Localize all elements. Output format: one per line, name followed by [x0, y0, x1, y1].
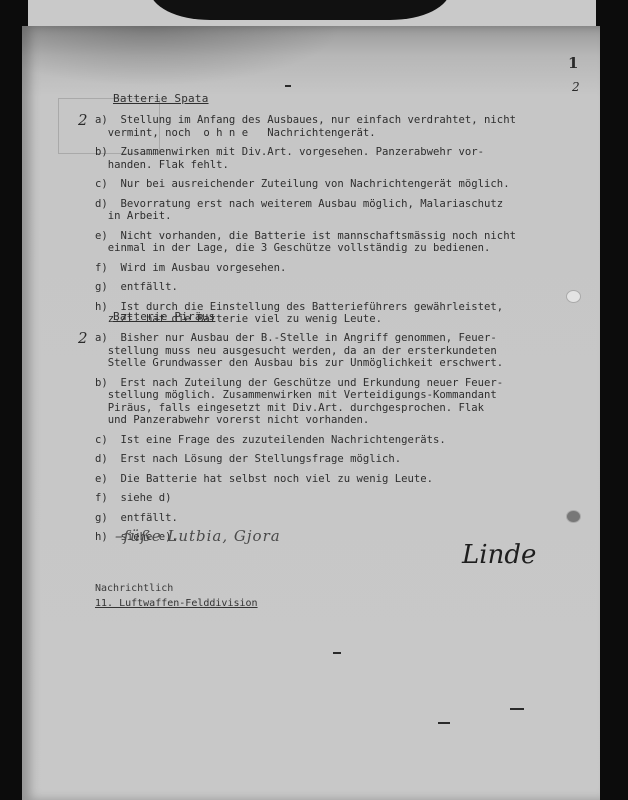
- section-title: Batterie Spata: [113, 92, 209, 105]
- signature: Linde: [462, 540, 536, 570]
- ink-speck: [333, 652, 341, 654]
- ink-speck: [438, 722, 450, 724]
- list-item: f) Wird im Ausbau vorgesehen.: [95, 262, 595, 275]
- punch-hole: [566, 290, 581, 303]
- list-item: g) entfällt.: [95, 512, 595, 525]
- margin-mark: 2: [78, 111, 88, 129]
- margin-mark: 2: [78, 329, 88, 347]
- cc-recipient: 11. Luftwaffen-Felddivision: [95, 598, 258, 609]
- list-item: a) Bisher nur Ausbau der B.-Stelle in An…: [95, 332, 595, 370]
- page-mark-2: 2: [572, 80, 580, 94]
- paperweight-shadow: [150, 0, 450, 20]
- handwritten-note: –füße Lutbia, Gjora: [115, 527, 281, 545]
- list-item: e) Nicht vorhanden, die Batterie ist man…: [95, 230, 595, 255]
- list-item: d) Erst nach Lösung der Stellungsfrage m…: [95, 453, 595, 466]
- list-item: c) Nur bei ausreichender Zuteilung von N…: [95, 178, 595, 191]
- page-mark-1: 1: [568, 54, 578, 72]
- ink-speck: [285, 85, 291, 87]
- list-item: b) Zusammenwirken mit Div.Art. vorgesehe…: [95, 146, 595, 171]
- list-item: b) Erst nach Zuteilung der Geschütze und…: [95, 377, 595, 427]
- page-shadow: [22, 26, 342, 86]
- list-item: c) Ist eine Frage des zuzuteilenden Nach…: [95, 434, 595, 447]
- list-item: g) entfällt.: [95, 281, 595, 294]
- section-title: Batterie Piräus: [113, 310, 215, 323]
- list-item: d) Bevorratung erst nach weiterem Ausbau…: [95, 198, 595, 223]
- punch-hole: [566, 510, 581, 523]
- list-item: a) Stellung im Anfang des Ausbaues, nur …: [95, 114, 595, 139]
- ink-speck: [510, 708, 524, 710]
- cc-label: Nachrichtlich: [95, 583, 173, 594]
- list-item: f) siehe d): [95, 492, 595, 505]
- list-item: e) Die Batterie hat selbst noch viel zu …: [95, 473, 595, 486]
